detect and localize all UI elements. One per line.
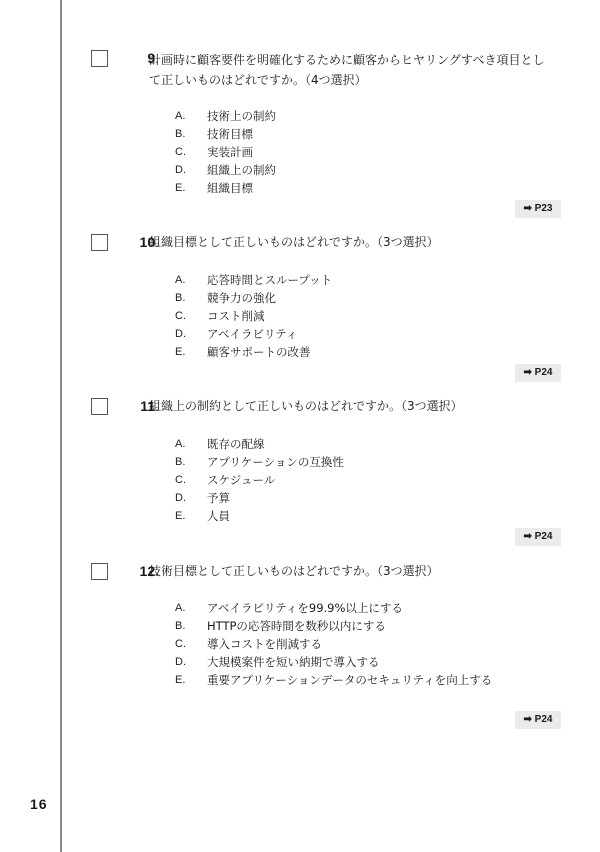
question-checkbox[interactable] <box>91 398 108 415</box>
option-text: 既存の配線 <box>207 435 265 453</box>
margin-line <box>60 0 62 852</box>
option-label: B. <box>175 617 205 635</box>
option-label: C. <box>175 143 205 161</box>
option-label: B. <box>175 125 205 143</box>
option-text: 技術目標 <box>207 125 253 143</box>
page-reference-badge: ➡ P24 <box>515 528 561 546</box>
option-label: E. <box>175 671 205 689</box>
option-text: 予算 <box>207 489 230 507</box>
option-label: B. <box>175 289 205 307</box>
question-12: 12. 技術目標として正しいものはどれですか。（3つ選択） A.アベイラビリティ… <box>91 563 561 583</box>
option-text: コスト削減 <box>207 307 265 325</box>
page-reference-badge: ➡ P24 <box>515 364 561 382</box>
option-text: 顧客サポートの改善 <box>207 343 311 361</box>
option-label: A. <box>175 599 205 617</box>
option-text: 実装計画 <box>207 143 253 161</box>
option-label: A. <box>175 271 205 289</box>
question-11: 11. 組織上の制約として正しいものはどれですか。（3つ選択） A.既存の配線 … <box>91 398 561 418</box>
option-text: アベイラビリティ <box>207 325 297 343</box>
question-checkbox[interactable] <box>91 50 108 67</box>
page-reference-badge: ➡ P23 <box>515 200 561 218</box>
question-text: 組織目標として正しいものはどれですか。（3つ選択） <box>149 232 549 252</box>
option-text: アプリケーションの互換性 <box>207 453 344 471</box>
option-label: D. <box>175 489 205 507</box>
page-reference-badge: ➡ P24 <box>515 711 561 729</box>
question-text: 組織上の制約として正しいものはどれですか。（3つ選択） <box>149 396 549 416</box>
option-text: 重要アプリケーションデータのセキュリティを向上する <box>207 671 492 689</box>
page-number: 16 <box>30 796 48 812</box>
option-label: E. <box>175 343 205 361</box>
option-label: A. <box>175 435 205 453</box>
option-label: C. <box>175 471 205 489</box>
option-text: 人員 <box>207 507 230 525</box>
option-text: スケジュール <box>207 471 275 489</box>
option-label: C. <box>175 307 205 325</box>
option-text: 競争力の強化 <box>207 289 276 307</box>
option-label: D. <box>175 325 205 343</box>
option-text: HTTPの応答時間を数秒以内にする <box>207 617 386 635</box>
option-label: C. <box>175 635 205 653</box>
option-label: E. <box>175 179 205 197</box>
option-label: B. <box>175 453 205 471</box>
option-text: 技術上の制約 <box>207 107 276 125</box>
option-label: A. <box>175 107 205 125</box>
option-label: D. <box>175 161 205 179</box>
option-text: 導入コストを削減する <box>207 635 322 653</box>
option-text: アベイラビリティを99.9%以上にする <box>207 599 403 617</box>
option-text: 大規模案件を短い納期で導入する <box>207 653 380 671</box>
option-text: 応答時間とスループット <box>207 271 332 289</box>
question-text: 技術目標として正しいものはどれですか。（3つ選択） <box>149 561 549 581</box>
question-checkbox[interactable] <box>91 234 108 251</box>
option-label: D. <box>175 653 205 671</box>
question-9: 9. 計画時に顧客要件を明確化するために顧客からヒヤリングすべき項目として正しい… <box>91 50 561 70</box>
option-label: E. <box>175 507 205 525</box>
question-checkbox[interactable] <box>91 563 108 580</box>
option-text: 組織上の制約 <box>207 161 276 179</box>
question-10: 10. 組織目標として正しいものはどれですか。（3つ選択） A.応答時間とスルー… <box>91 234 561 254</box>
option-text: 組織目標 <box>207 179 253 197</box>
question-text: 計画時に顧客要件を明確化するために顧客からヒヤリングすべき項目として正しいものは… <box>149 50 549 90</box>
